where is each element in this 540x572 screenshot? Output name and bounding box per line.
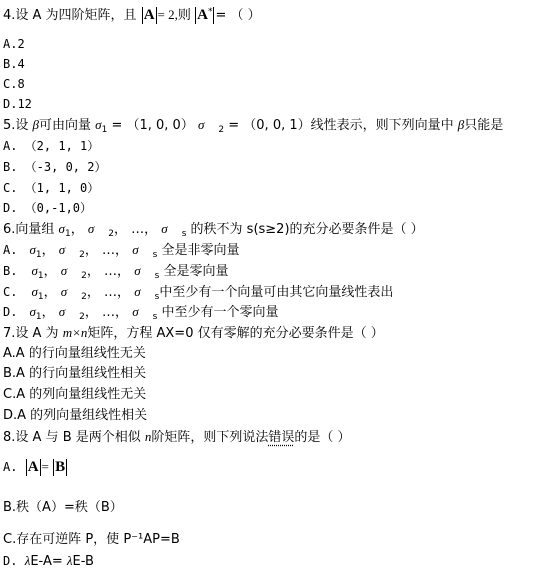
question-text: 8.设 A 与 B 是两个相似 <box>3 430 145 445</box>
question-text: = 2,则 <box>158 7 195 22</box>
q6-option-b: B.σ1， σ2， …， σs 全是零向量 <box>3 262 228 280</box>
option-text: E-B <box>73 554 94 569</box>
equals-sign: = <box>42 459 53 474</box>
q6-option-d: D.σ1， σ2， …， σs 中至少有一个零向量 <box>3 303 278 321</box>
sigma-symbol: σ <box>132 304 138 319</box>
sigma-symbol: σ <box>61 263 67 278</box>
option-text: E-A= <box>30 554 67 569</box>
question-text: 的是（ ） <box>294 430 350 445</box>
option-text: 中至少有一个零向量 <box>157 305 278 320</box>
separator: ， <box>71 222 88 237</box>
sigma-symbol: σ <box>88 221 94 236</box>
question-text: 只能是 <box>464 118 503 133</box>
ellipsis: …， <box>104 285 134 300</box>
q8-option-a: A. A= B <box>3 458 68 476</box>
q5-option-c: C. （1, 1, 0） <box>3 179 99 197</box>
separator: ， <box>44 285 61 300</box>
ellipsis: …， <box>102 305 132 320</box>
separator: ， <box>85 305 102 320</box>
question-text: 的秩不为 s(s≥2)的充分必要条件是（ ） <box>186 222 423 237</box>
sigma-symbol: σ <box>59 242 65 257</box>
q4-option-b: B.4 <box>3 55 25 73</box>
option-label: A. <box>3 243 17 257</box>
option-label: C. <box>3 285 17 299</box>
question-text: 矩阵，方程 AX=0 仅有零解的充分必要条件是（ ） <box>87 326 383 341</box>
question-6-stem: 6.向量组 σ1， σ2， …， σs 的秩不为 s(s≥2)的充分必要条件是（… <box>3 220 424 238</box>
separator: ， <box>87 264 104 279</box>
q6-option-a: A.σ1， σ2， …， σs 全是非零向量 <box>3 241 239 259</box>
ellipsis: …， <box>104 264 134 279</box>
q4-option-c: C.8 <box>3 75 25 93</box>
q4-option-d: D.12 <box>3 95 32 113</box>
option-text: 中至少有一个向量可由其它向量线性表出 <box>159 285 393 300</box>
question-5-stem: 5.设 β可由向量 σ1 = （1, 0, 0） σ2 = （0, 0, 1）线… <box>3 116 503 134</box>
matrix-b: B <box>55 459 65 475</box>
separator: ， <box>42 243 59 258</box>
sigma-symbol: σ <box>198 117 204 132</box>
question-text: 阶矩阵，则下列说法 <box>151 430 268 445</box>
matrix-dimensions: m×n <box>63 325 88 340</box>
q5-option-d: D. （0,-1,0） <box>3 199 92 217</box>
option-label: B. <box>3 264 17 278</box>
vector-1: = （1, 0, 0） <box>107 118 198 133</box>
adjoint-star: * <box>208 7 213 17</box>
matrix-a-adjoint: A <box>197 7 208 23</box>
separator: ， <box>114 222 131 237</box>
question-text: 5.设 <box>3 118 33 133</box>
question-text: 7.设 A 为 <box>3 326 63 341</box>
matrix-a: A <box>144 7 155 23</box>
sigma-symbol: σ <box>59 304 65 319</box>
question-7-stem: 7.设 A 为 m×n矩阵，方程 AX=0 仅有零解的充分必要条件是（ ） <box>3 324 384 342</box>
separator: ， <box>44 264 61 279</box>
sigma-symbol: σ <box>132 242 138 257</box>
matrix-a: A <box>28 459 39 475</box>
option-label: A. <box>3 460 25 474</box>
sigma-symbol: σ <box>134 284 140 299</box>
q7-option-a: A.A 的行向量组线性无关 <box>3 345 146 363</box>
question-text: 可由向量 <box>39 118 95 133</box>
vector-2: = （0, 0, 1）线性表示，则下列向量中 <box>224 118 458 133</box>
ellipsis: …， <box>102 243 132 258</box>
separator: ， <box>87 285 104 300</box>
question-4-stem: 4.设 A 为四阶矩阵，且 A= 2,则 A*= （ ） <box>3 3 261 21</box>
question-text: 6.向量组 <box>3 222 59 237</box>
sigma-symbol: σ <box>161 221 167 236</box>
q7-option-c: C.A 的列向量组线性无关 <box>3 386 146 404</box>
question-8-stem: 8.设 A 与 B 是两个相似 n阶矩阵，则下列说法错误的是（ ） <box>3 428 351 446</box>
q4-option-a: A.2 <box>3 35 25 53</box>
q8-option-d: D. λE-A= λE-B <box>3 552 94 570</box>
separator: ， <box>42 305 59 320</box>
option-label: D. <box>3 554 25 568</box>
emphasis-text: 错误 <box>268 430 294 445</box>
q8-option-b: B.秩（A）=秩（B） <box>3 499 123 517</box>
option-label: D. <box>3 305 17 319</box>
sigma-symbol: σ <box>134 263 140 278</box>
question-text: 4.设 A 为四阶矩阵，且 <box>3 8 141 23</box>
ellipsis: …， <box>131 222 161 237</box>
q6-option-c: C.σ1， σ2， …， σs中至少有一个向量可由其它向量线性表出 <box>3 283 393 301</box>
sigma-symbol: σ <box>61 284 67 299</box>
q5-option-a: A. （2, 1, 1） <box>3 137 99 155</box>
separator: ， <box>85 243 102 258</box>
q7-option-d: D.A 的列向量组线性相关 <box>3 407 147 425</box>
option-text: 全是非零向量 <box>157 243 239 258</box>
q7-option-b: B.A 的行向量组线性相关 <box>3 365 146 383</box>
q5-option-b: B. （-3, 0, 2） <box>3 158 106 176</box>
q8-option-c: C.存在可逆阵 P，使 P⁻¹AP=B <box>3 531 180 549</box>
option-text: 全是零向量 <box>159 264 228 279</box>
answer-blank: = （ ） <box>215 8 260 23</box>
